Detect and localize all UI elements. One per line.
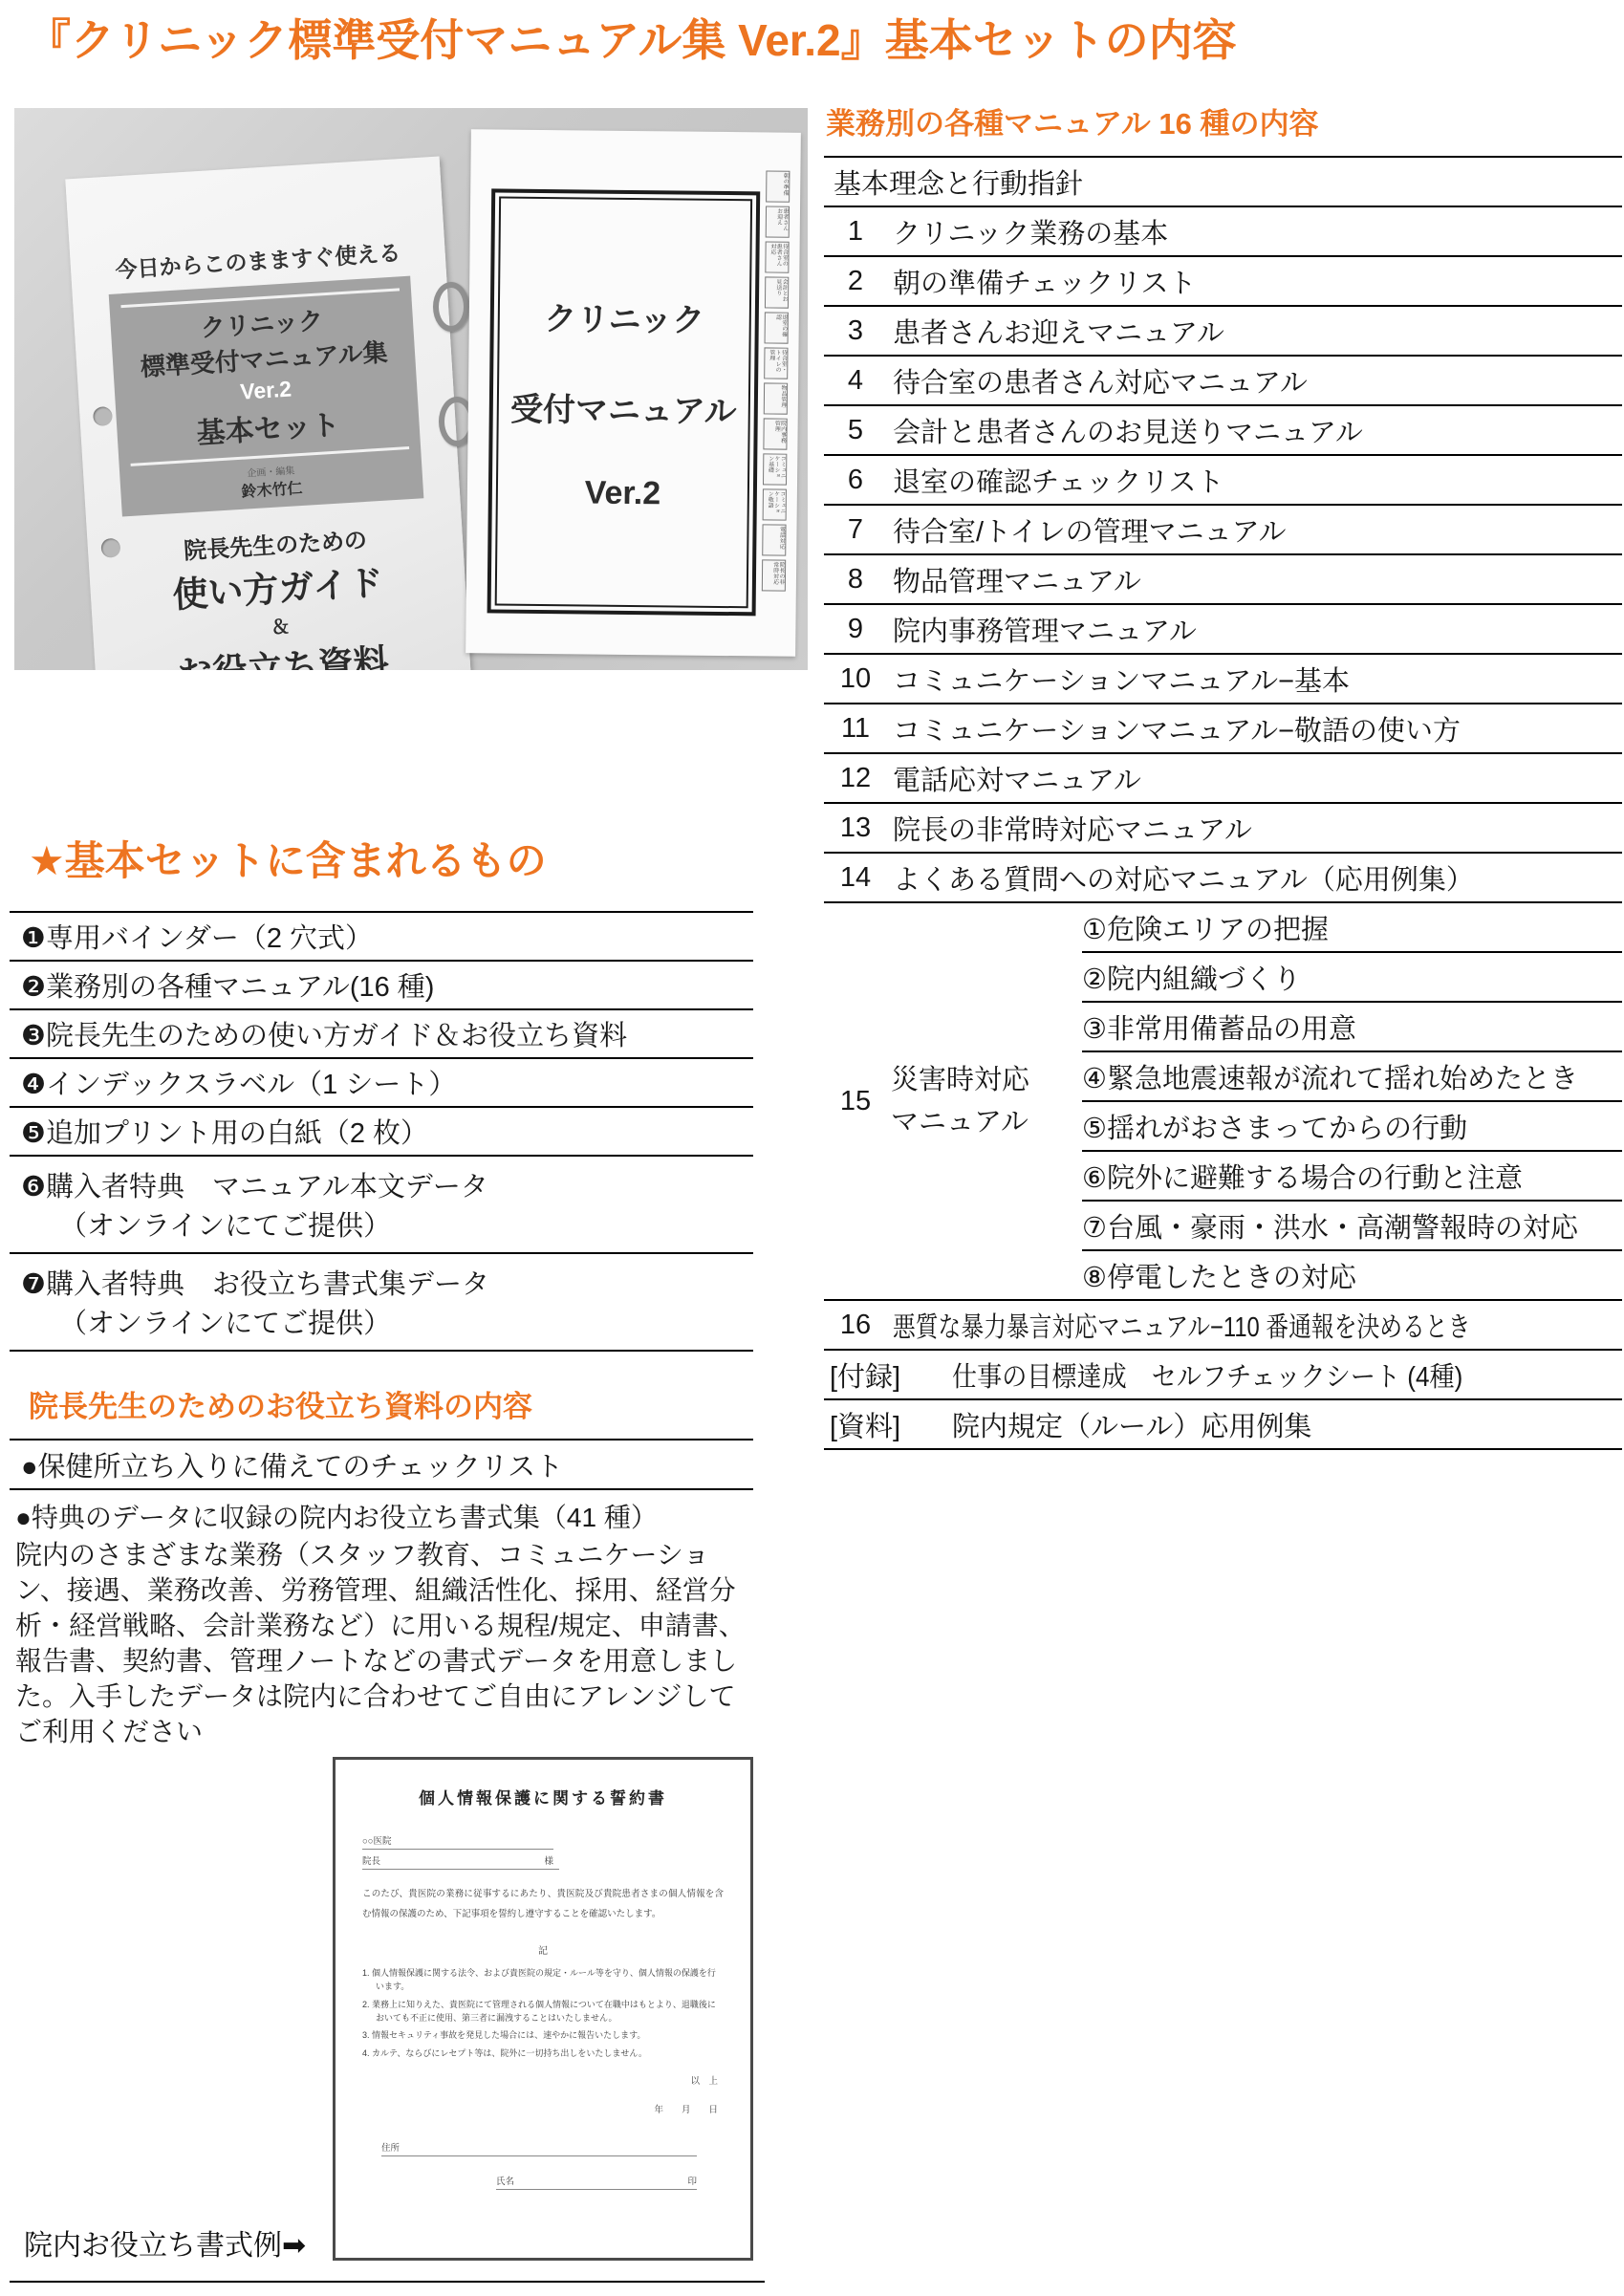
binder-cover-frame-inner: クリニック 受付マニュアル Ver.2 <box>495 197 752 609</box>
table-row: 12電話応対マニュアル <box>824 752 1622 802</box>
table-row: 2朝の準備チェックリスト <box>824 255 1622 305</box>
disaster-subitem: ⑦台風・豪雨・洪水・高潮警報時の対応 <box>1082 1200 1622 1249</box>
row-label: 災害時対応 マニュアル <box>887 903 1082 1299</box>
row-label: 院長の非常時対応マニュアル <box>887 809 1622 848</box>
table-row-intro: 基本理念と行動指針 <box>824 156 1622 206</box>
sample-caption: 院内お役立ち書式例➡ <box>24 2221 306 2264</box>
table-row: 10コミュニケーションマニュアル−基本 <box>824 653 1622 703</box>
pledge-ijou: 以 上 <box>362 2073 724 2087</box>
included-item: ❹インデックスラベル（1 シート） <box>10 1057 753 1106</box>
index-tab: 院内事務管理 <box>763 418 787 449</box>
pledge-item: 1. 個人情報保護に関する法令、および貴医院の規定・ルール等を守り、個人情報の保… <box>362 1966 724 1994</box>
cover-title-box: クリニック 標準受付マニュアル集 Ver.2 基本セット 企画・編集 鈴木竹仁 <box>109 276 424 517</box>
index-tab: コミュニケーション敬語 <box>763 488 787 520</box>
index-tabs: 朝の準備患者さんお迎え待合室の患者さん対応会計とお見送り退室の確認待合室・トイレ… <box>762 170 797 595</box>
included-item: ❻購入者特典 マニュアル本文データ（オンラインにてご提供） <box>10 1155 753 1252</box>
pledge-sama-label: 様 <box>544 1853 553 1867</box>
row-number: 9 <box>824 614 887 645</box>
included-item: ❼購入者特典 お役立ち書式集データ（オンラインにてご提供） <box>10 1252 753 1350</box>
row-number: 16 <box>824 1310 887 1341</box>
manual-section-heading: 業務別の各種マニュアル 16 種の内容 <box>826 99 1622 142</box>
pledge-director-label: 院長 <box>362 1853 380 1867</box>
row-number: 15 <box>824 903 887 1299</box>
pledge-item: 3. 情報セキュリティ事故を発見した場合には、速やかに報告いたします。 <box>362 2028 724 2042</box>
row-number: 14 <box>824 862 887 894</box>
row-label: 基本理念と行動指針 <box>828 162 1622 202</box>
included-item: ❸院長先生のための使い方ガイド＆お役立ち資料 <box>10 1008 753 1057</box>
row-number: 12 <box>824 763 887 794</box>
resources-bullet: ●保健所立ち入りに備えてのチェックリスト <box>10 1439 753 1488</box>
appendix-row: [資料] 院内規定（ルール）応用例集 <box>824 1398 1622 1448</box>
included-item-line1: ❶専用バインダー（2 穴式） <box>21 917 753 956</box>
resources-bullet-title: ●特典のデータに収録の院内お役立ち書式集（41 種） <box>15 1500 753 1535</box>
table-row: 11コミュニケーションマニュアル−敬語の使い方 <box>824 703 1622 752</box>
binder-ring-icon <box>433 282 469 332</box>
table-row: 14よくある質問への対応マニュアル（応用例集） <box>824 852 1622 901</box>
disaster-row: 15 災害時対応 マニュアル ①危険エリアの把握②院内組織づくり③非常用備蓄品の… <box>824 901 1622 1299</box>
pledge-item: 4. カルテ、ならびにレセプト等は、院外に一切持ち出しをいたしません。 <box>362 2047 724 2060</box>
pledge-paragraph: このたび、貴医院の業務に従事するにあたり、貴医院及び貴院患者さまの個人情報を含む… <box>362 1885 724 1925</box>
row-number: 7 <box>824 514 887 546</box>
index-tab: 患者さんお迎え <box>766 206 790 237</box>
row-label: コミュニケーションマニュアル−敬語の使い方 <box>887 709 1622 748</box>
table-row: 8物品管理マニュアル <box>824 553 1622 603</box>
table-rows: 1クリニック業務の基本2朝の準備チェックリスト3患者さんお迎えマニュアル4待合室… <box>824 206 1622 901</box>
row-label: 院内規定（ルール）応用例集 <box>952 1405 1622 1444</box>
row-number: 5 <box>824 415 887 446</box>
row-number: 3 <box>824 315 887 347</box>
row-label: 仕事の目標達成 セルフチェックシート (4種) <box>952 1355 1462 1395</box>
table-row: 4待合室の患者さん対応マニュアル <box>824 355 1622 404</box>
included-item-line2: （オンラインにてご提供） <box>21 1204 753 1244</box>
binder-cover-frame: クリニック 受付マニュアル Ver.2 <box>487 188 761 616</box>
index-tab: 待合室・トイレの管理 <box>764 347 788 379</box>
binder-title-line1: クリニック <box>544 292 704 341</box>
row-number: 8 <box>824 564 887 596</box>
table-row: 3患者さんお迎えマニュアル <box>824 305 1622 355</box>
disaster-label-line2: マニュアル <box>891 1101 1082 1143</box>
row-number: 6 <box>824 465 887 496</box>
pledge-seal-label: 印 <box>687 2174 697 2187</box>
binder-page: クリニック 受付マニュアル Ver.2 朝の準備患者さんお迎え待合室の患者さん対… <box>466 129 801 657</box>
bottom-divider <box>10 2281 765 2283</box>
table-row: 9院内事務管理マニュアル <box>824 603 1622 653</box>
binder-title-line3: Ver.2 <box>584 474 660 512</box>
table-row: 13院長の非常時対応マニュアル <box>824 802 1622 852</box>
resources-section-heading: 院長先生のためのお役立ち資料の内容 <box>29 1382 753 1425</box>
index-tab: 電話対応 <box>762 524 786 555</box>
disaster-subitem: ⑥院外に避難する場合の行動と注意 <box>1082 1150 1622 1200</box>
pledge-director-line: 院長 様 <box>362 1850 559 1870</box>
row-label: 待合室の患者さん対応マニュアル <box>887 361 1622 401</box>
pledge-title: 個人情報保護に関する誓約書 <box>362 1785 724 1809</box>
manual-section: 業務別の各種マニュアル 16 種の内容 基本理念と行動指針 1クリニック業務の基… <box>824 99 1622 1450</box>
index-tab: 待合室の患者さん対応 <box>765 241 789 272</box>
row-number: 2 <box>824 266 887 297</box>
table-row: 6退室の確認チェックリスト <box>824 454 1622 504</box>
row-label: クリニック業務の基本 <box>887 212 1622 251</box>
page-title: 『クリニック標準受付マニュアル集 Ver.2』基本セットの内容 <box>27 6 1237 69</box>
binder-hole-icon <box>93 406 113 426</box>
pledge-name-label: 氏名 <box>496 2174 514 2187</box>
disaster-subitem: ②院内組織づくり <box>1082 951 1622 1001</box>
included-item-line2: （オンラインにてご提供） <box>21 1302 753 1341</box>
included-item-line1: ❸院長先生のための使い方ガイド＆お役立ち資料 <box>21 1014 753 1053</box>
row-number: 13 <box>824 812 887 844</box>
included-item-line1: ❺追加プリント用の白紙（2 枚） <box>21 1112 753 1151</box>
pledge-items: 1. 個人情報保護に関する法令、および貴医院の規定・ルール等を守り、個人情報の保… <box>362 1966 724 2060</box>
table-row: 5会計と患者さんのお見送りマニュアル <box>824 404 1622 454</box>
row-label: 悪質な暴力暴言対応マニュアル−110 番通報を決めるとき <box>893 1306 1470 1345</box>
index-tab: 朝の準備 <box>766 170 790 202</box>
included-item-line1: ❷業務別の各種マニュアル(16 種) <box>21 965 753 1005</box>
included-item: ❷業務別の各種マニュアル(16 種) <box>10 960 753 1008</box>
included-item-line1: ❻購入者特典 マニュアル本文データ <box>21 1165 753 1204</box>
row-label: 院内事務管理マニュアル <box>887 610 1622 649</box>
included-item: ❺追加プリント用の白紙（2 枚） <box>10 1106 753 1155</box>
resources-section: 院長先生のためのお役立ち資料の内容 ●保健所立ち入りに備えてのチェックリスト ●… <box>10 1382 753 1749</box>
index-tab: コミュニケーション基礎 <box>763 453 787 485</box>
row-label: 退室の確認チェックリスト <box>887 461 1622 500</box>
row-label: よくある質問への対応マニュアル（応用例集） <box>887 858 1622 898</box>
included-section-heading: ★基本セットに含まれるもの <box>29 830 547 887</box>
table-row: 1クリニック業務の基本 <box>824 206 1622 255</box>
row-number: 11 <box>824 713 887 745</box>
pledge-name-line: 氏名 印 <box>496 2174 697 2190</box>
disaster-subitem: ①危険エリアの把握 <box>1082 903 1622 951</box>
included-item-line1: ❼購入者特典 お役立ち書式集データ <box>21 1263 753 1302</box>
index-tab: 会計とお見送り <box>765 276 789 308</box>
pledge-clinic-line: ○○医院 <box>362 1833 553 1850</box>
pledge-document: 個人情報保護に関する誓約書 ○○医院 院長 様 このたび、貴医院の業務に従事する… <box>333 1757 753 2261</box>
row-number: 4 <box>824 365 887 397</box>
included-item-line1: ❹インデックスラベル（1 シート） <box>21 1063 753 1102</box>
table-row: 7待合室/トイレの管理マニュアル <box>824 504 1622 553</box>
disaster-subitem: ⑤揺れがおさまってからの行動 <box>1082 1100 1622 1150</box>
row-label: コミュニケーションマニュアル−基本 <box>887 660 1622 699</box>
included-item: ❶専用バインダー（2 穴式） <box>10 911 753 960</box>
cover-page: 今日からこのまますぐ使える クリニック 標準受付マニュアル集 Ver.2 基本セ… <box>65 157 471 670</box>
pledge-date-line: 年 月 日 <box>362 2102 724 2115</box>
pledge-item: 2. 業務上に知りえた、貴医院にて管理される個人情報について在職中はもとより、退… <box>362 1998 724 2025</box>
product-photo: 今日からこのまますぐ使える クリニック 標準受付マニュアル集 Ver.2 基本セ… <box>14 108 808 670</box>
row-number: [資料] <box>824 1405 952 1444</box>
manual-table: 基本理念と行動指針 1クリニック業務の基本2朝の準備チェックリスト3患者さんお迎… <box>824 156 1622 1450</box>
binder-title-line2: 受付マニュアル <box>510 382 737 431</box>
row-label: 患者さんお迎えマニュアル <box>887 312 1622 351</box>
disaster-subitem: ④緊急地震速報が流れて揺れ始めたとき <box>1082 1051 1622 1100</box>
resources-bullet-body: 院内のさまざまな業務（スタッフ教育、コミュニケーション、接遇、業務改善、労務管理… <box>15 1537 753 1749</box>
included-list: ❶専用バインダー（2 穴式）❷業務別の各種マニュアル(16 種)❸院長先生のため… <box>10 911 753 1352</box>
disaster-subitem: ⑧停電したときの対応 <box>1082 1249 1622 1299</box>
pledge-ki: 記 <box>362 1942 724 1957</box>
appendix-row: [付録] 仕事の目標達成 セルフチェックシート (4種) <box>824 1349 1622 1398</box>
row-label: 会計と患者さんのお見送りマニュアル <box>887 411 1622 450</box>
row-label: 物品管理マニュアル <box>887 560 1622 599</box>
row-label: 朝の準備チェックリスト <box>887 262 1622 301</box>
index-tab: 退室の確認 <box>765 312 789 343</box>
index-tab: 物品管理 <box>764 382 788 414</box>
disaster-subitem: ③非常用備蓄品の用意 <box>1082 1001 1622 1051</box>
row-label: 待合室/トイレの管理マニュアル <box>887 510 1622 550</box>
disaster-label-line1: 災害時対応 <box>891 1059 1082 1101</box>
table-row: 16 悪質な暴力暴言対応マニュアル−110 番通報を決めるとき <box>824 1299 1622 1349</box>
pledge-address-line: 住所 <box>381 2140 697 2156</box>
row-number: [付録] <box>824 1355 952 1395</box>
row-number: 1 <box>824 216 887 248</box>
row-label: 電話応対マニュアル <box>887 759 1622 798</box>
disaster-subitems: ①危険エリアの把握②院内組織づくり③非常用備蓄品の用意④緊急地震速報が流れて揺れ… <box>1082 903 1622 1299</box>
row-number: 10 <box>824 663 887 695</box>
index-tab: 院長の非常時対応 <box>762 559 786 591</box>
resources-bullet-block: ●特典のデータに収録の院内お役立ち書式集（41 種） 院内のさまざまな業務（スタ… <box>10 1488 753 1749</box>
